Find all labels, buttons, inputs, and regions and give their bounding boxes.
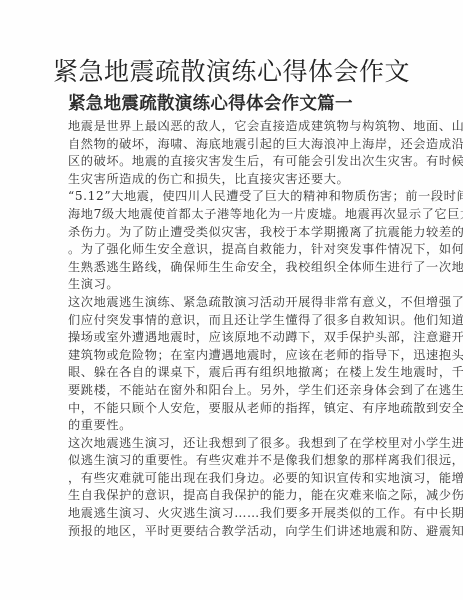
text-line: 生灾害所造成的伤亡和损失，比直接灾害还要大。 — [68, 171, 398, 189]
text-line: 的重要性。 — [68, 417, 398, 435]
text-line: 海地7级大地震使首都太子港等地化为一片废墟。地震再次显示了它巨大的 — [68, 206, 398, 224]
text-line: 区的破坏。地震的直接灾害发生后，有可能会引发出次生灾害。有时候，次 — [68, 153, 398, 171]
text-line: 操场或室外遭遇地震时，应该原地不动蹲下，双手保护头部，注意避开高大 — [68, 329, 398, 347]
text-line: 建筑物或危险物；在室内遭遇地震时，应该在老师的指导下，迅速抱头、闭 — [68, 347, 398, 365]
section-heading: 紧急地震疏散演练心得体会作文篇一 — [68, 90, 353, 115]
text-line: 似逃生演习的重要性。有些灾难并不是像我们想象的那样离我们很远，相反 — [68, 452, 398, 470]
text-line: 地震逃生演习、火灾逃生演习……我们要多开展类似的工作。有中长期地震 — [68, 505, 398, 523]
text-line: ，有些灾难就可能出现在我们身边。必要的知识宣传和实地演习，能增强学 — [68, 470, 398, 488]
text-line: 生熟悉逃生路线，确保师生生命安全，我校组织全体师生进行了一次地震逃 — [68, 259, 398, 277]
text-line: 这次地震逃生演练、紧急疏散演习活动开展得非常有意义，不但增强了同学 — [68, 294, 398, 312]
document-title: 紧急地震疏散演练心得体会作文 — [0, 52, 463, 88]
document-page: 紧急地震疏散演练心得体会作文 紧急地震疏散演练心得体会作文篇一 地震是世界上最凶… — [0, 0, 463, 600]
text-line: 生自我保护的意识，提高自我保护的能力，能在灾难来临之际，减少伤亡。 — [68, 487, 398, 505]
body-text: 地震是世界上最凶恶的敌人，它会直接造成建筑物与构筑物、地面、山体等 自然物的破坏… — [68, 118, 398, 540]
text-line: 地震是世界上最凶恶的敌人，它会直接造成建筑物与构筑物、地面、山体等 — [68, 118, 398, 136]
text-line: 。为了强化师生安全意识，提高自救能力，针对突发事件情况下，如何让师 — [68, 241, 398, 259]
text-line: “5.12”大地震，使四川人民遭受了巨大的精神和物质伤害；前一段时间， — [68, 188, 398, 206]
text-line: 杀伤力。为了防止遭受类似灾害，我校于本学期搬离了抗震能力较差的房屋 — [68, 224, 398, 242]
text-line: 眼、躲在各自的课桌下，震后再有组织地撤离；在楼上发生地震时，千万不 — [68, 364, 398, 382]
text-line: 们应付突发事情的意识，而且还让学生懂得了很多自救知识。他们知道了在 — [68, 312, 398, 330]
text-line: 这次地震逃生演习，还让我想到了很多。我想到了在学校里对小学生进行类 — [68, 435, 398, 453]
text-line: 中，不能只顾个人安危，要服从老师的指挥，镇定、有序地疏散到安全地带 — [68, 400, 398, 418]
text-line: 预报的地区，平时更要结合教学活动，向学生们讲述地震和防、避震知识， — [68, 523, 398, 541]
text-line: 要跳楼，不能站在窗外和阳台上。另外，学生们还亲身体会到了在逃生过程 — [68, 382, 398, 400]
text-line: 生演习。 — [68, 276, 398, 294]
text-line: 自然物的破坏，海啸、海底地震引起的巨大海浪冲上海岸，还会造成沿海地 — [68, 136, 398, 154]
